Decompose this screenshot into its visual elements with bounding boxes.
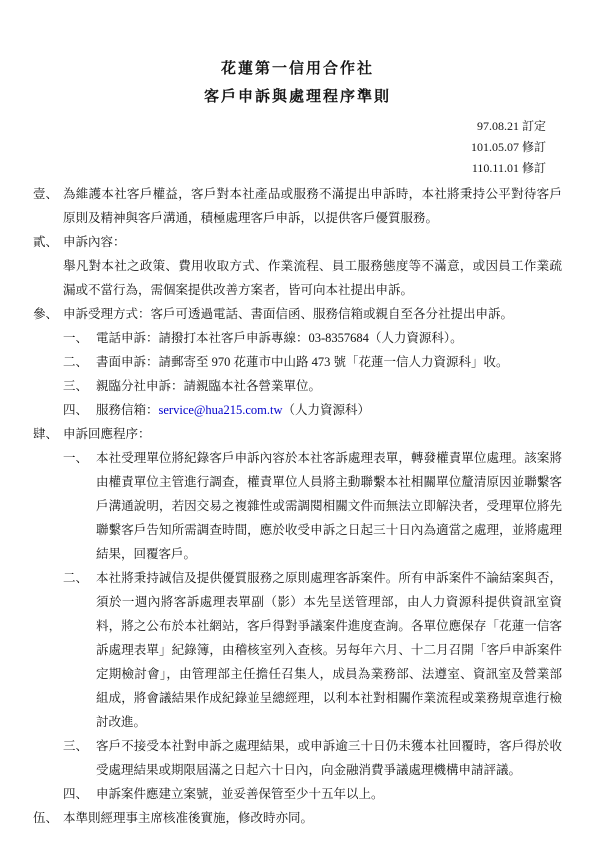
- item-marker: 四、: [63, 782, 96, 806]
- revision-history: 97.08.21 訂定 101.05.07 修訂 110.11.01 修訂: [33, 116, 562, 179]
- list-item-appeal: 三、 客戶不接受本社對申訴之處理結果，或申訴逾三十日仍未獲本社回覆時，客戶得於收…: [63, 734, 562, 782]
- revision-line: 101.05.07 修訂: [33, 137, 546, 158]
- item-marker: 三、: [63, 734, 96, 782]
- list-item-mail: 二、 書面申訴：請郵寄至 970 花蓮市中山路 473 號「花蓮一信人力資源科」…: [63, 350, 562, 374]
- item-text: 申訴案件應建立案號，並妥善保管至少十五年以上。: [96, 782, 562, 806]
- email-suffix: （人力資源科）: [283, 403, 371, 417]
- document-body: 壹、 為維護本社客戶權益，客戶對本社產品或服務不滿提出申訴時，本社將秉持公平對待…: [33, 182, 562, 830]
- section-text: 本準則經理事主席核准後實施，修改時亦同。: [63, 806, 562, 830]
- section-marker: 貳、: [33, 230, 63, 302]
- item-text: 服務信箱：service@hua215.com.tw（人力資源科）: [96, 398, 562, 422]
- item-text: 電話申訴：請撥打本社客戶申訴專線：03-8357684（人力資源科）。: [96, 326, 562, 350]
- document-page: 花蓮第一信用合作社 客戶申訴與處理程序準則 97.08.21 訂定 101.05…: [0, 0, 595, 842]
- section-text: 申訴回應程序：: [63, 422, 562, 446]
- item-marker: 三、: [63, 374, 96, 398]
- item-text: 本社將秉持誠信及提供優質服務之原則處理客訴案件。所有申訴案件不論結案與否，須於一…: [96, 566, 562, 734]
- item-marker: 二、: [63, 566, 96, 734]
- item-text: 本社受理單位將紀錄客戶申訴內容於本社客訴處理表單，轉發權責單位處理。該案將由權責…: [96, 446, 562, 566]
- section-content: 本準則經理事主席核准後實施，修改時亦同。: [63, 806, 562, 830]
- revision-line: 97.08.21 訂定: [33, 116, 546, 137]
- item-marker: 一、: [63, 326, 96, 350]
- list-item-phone: 一、 電話申訴：請撥打本社客戶申訴專線：03-8357684（人力資源科）。: [63, 326, 562, 350]
- section-content: 為維護本社客戶權益，客戶對本社產品或服務不滿提出申訴時，本社將秉持公平對待客戶原…: [63, 182, 562, 230]
- item-text: 書面申訴：請郵寄至 970 花蓮市中山路 473 號「花蓮一信人力資源科」收。: [96, 350, 562, 374]
- item-marker: 一、: [63, 446, 96, 566]
- section-content: 申訴回應程序： 一、 本社受理單位將紀錄客戶申訴內容於本社客訴處理表單，轉發權責…: [63, 422, 562, 806]
- item-text: 客戶不接受本社對申訴之處理結果，或申訴逾三十日仍未獲本社回覆時，客戶得於收受處理…: [96, 734, 562, 782]
- section-content: 申訴受理方式：客戶可透過電話、書面信函、服務信箱或親自至各分社提出申訴。 一、 …: [63, 302, 562, 422]
- item-marker: 四、: [63, 398, 96, 422]
- section-marker: 參、: [33, 302, 63, 422]
- section-paragraph: 舉凡對本社之政策、費用收取方式、作業流程、員工服務態度等不滿意，或因員工作業疏漏…: [63, 254, 562, 302]
- section-complaint-channels: 參、 申訴受理方式：客戶可透過電話、書面信函、服務信箱或親自至各分社提出申訴。 …: [33, 302, 562, 422]
- document-title: 客戶申訴與處理程序準則: [33, 84, 562, 110]
- list-item-email: 四、 服務信箱：service@hua215.com.tw（人力資源科）: [63, 398, 562, 422]
- item-text: 親臨分社申訴：請親臨本社各營業單位。: [96, 374, 562, 398]
- item-marker: 二、: [63, 350, 96, 374]
- section-content: 申訴內容： 舉凡對本社之政策、費用收取方式、作業流程、員工服務態度等不滿意，或因…: [63, 230, 562, 302]
- section-text: 申訴內容：: [63, 230, 562, 254]
- service-email-link[interactable]: service@hua215.com.tw: [159, 403, 283, 417]
- org-title: 花蓮第一信用合作社: [33, 56, 562, 82]
- section-marker: 伍、: [33, 806, 63, 830]
- section-text: 為維護本社客戶權益，客戶對本社產品或服務不滿提出申訴時，本社將秉持公平對待客戶原…: [63, 182, 562, 230]
- section-text: 申訴受理方式：客戶可透過電話、書面信函、服務信箱或親自至各分社提出申訴。: [63, 302, 562, 326]
- section-response-procedure: 肆、 申訴回應程序： 一、 本社受理單位將紀錄客戶申訴內容於本社客訴處理表單，轉…: [33, 422, 562, 806]
- list-item-review: 二、 本社將秉持誠信及提供優質服務之原則處理客訴案件。所有申訴案件不論結案與否，…: [63, 566, 562, 734]
- list-item-visit: 三、 親臨分社申訴：請親臨本社各營業單位。: [63, 374, 562, 398]
- section-complaint-scope: 貳、 申訴內容： 舉凡對本社之政策、費用收取方式、作業流程、員工服務態度等不滿意…: [33, 230, 562, 302]
- list-item-archive: 四、 申訴案件應建立案號，並妥善保管至少十五年以上。: [63, 782, 562, 806]
- revision-line: 110.11.01 修訂: [33, 158, 546, 179]
- list-item-handling: 一、 本社受理單位將紀錄客戶申訴內容於本社客訴處理表單，轉發權責單位處理。該案將…: [63, 446, 562, 566]
- section-marker: 壹、: [33, 182, 63, 230]
- section-purpose: 壹、 為維護本社客戶權益，客戶對本社產品或服務不滿提出申訴時，本社將秉持公平對待…: [33, 182, 562, 230]
- email-label: 服務信箱：: [96, 403, 159, 417]
- section-marker: 肆、: [33, 422, 63, 806]
- section-approval: 伍、 本準則經理事主席核准後實施，修改時亦同。: [33, 806, 562, 830]
